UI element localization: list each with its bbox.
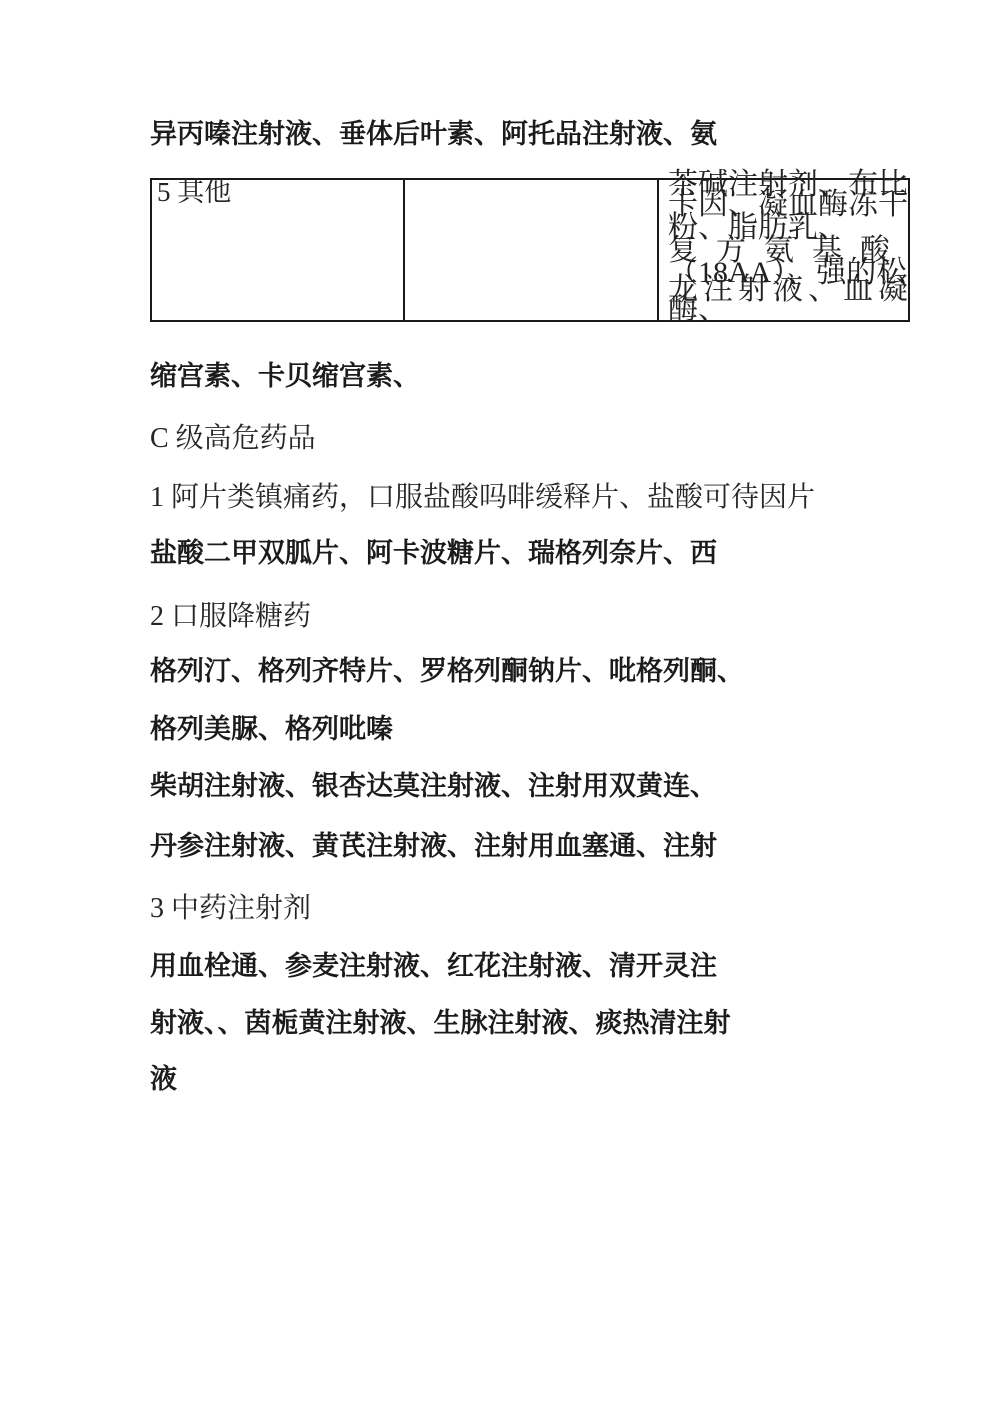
heading-oral-hypoglycemic: 2 口服降糖药 [150,603,311,631]
paragraph-tcm-injections-4: 射液、、茵栀黄注射液、生脉注射液、痰热清注射 [150,1010,731,1037]
heading-tcm-injection: 3 中药注射剂 [150,895,311,923]
paragraph-tcm-injections-1: 柴胡注射液、银杏达莫注射液、注射用双黄连、 [150,773,717,800]
document-page: 异丙嗪注射液、垂体后叶素、阿托品注射液、氨 5 其他 茶碱注射剂、布比 卡因、凝… [0,0,1000,1415]
heading-class-c-drugs: C 级高危药品 [150,425,316,453]
table-cell-category: 5 其他 [157,179,231,206]
drug-list-line: 酶、 [668,295,728,325]
paragraph-tcm-injections-3: 用血栓通、参麦注射液、红花注射液、清开灵注 [150,953,717,980]
paragraph-tcm-injections-5: 液 [150,1066,177,1093]
table-cell-middle [407,180,655,320]
table-cell-drug-list: 茶碱注射剂、布比 卡因、凝血酶冻干 粉、脂肪乳、 复方氨基酸 （18AA）、强的… [659,180,908,320]
drug-table: 5 其他 茶碱注射剂、布比 卡因、凝血酶冻干 粉、脂肪乳、 复方氨基酸 （18A… [150,178,910,322]
paragraph-hypoglycemic-drugs-1: 盐酸二甲双胍片、阿卡波糖片、瑞格列奈片、西 [150,540,717,567]
paragraph-opioid-analgesics: 1 阿片类镇痛药，口服盐酸吗啡缓释片、盐酸可待因片 [150,484,815,512]
paragraph-intro-drugs: 异丙嗪注射液、垂体后叶素、阿托品注射液、氨 [150,121,717,148]
table-column-divider-1 [403,180,405,320]
paragraph-hypoglycemic-drugs-3: 格列美脲、格列吡嗪 [150,716,393,743]
paragraph-tcm-injections-2: 丹参注射液、黄芪注射液、注射用血塞通、注射 [150,833,717,860]
paragraph-oxytocin-drugs: 缩宫素、卡贝缩宫素、 [150,363,420,390]
paragraph-hypoglycemic-drugs-2: 格列汀、格列齐特片、罗格列酮钠片、吡格列酮、 [150,658,744,685]
